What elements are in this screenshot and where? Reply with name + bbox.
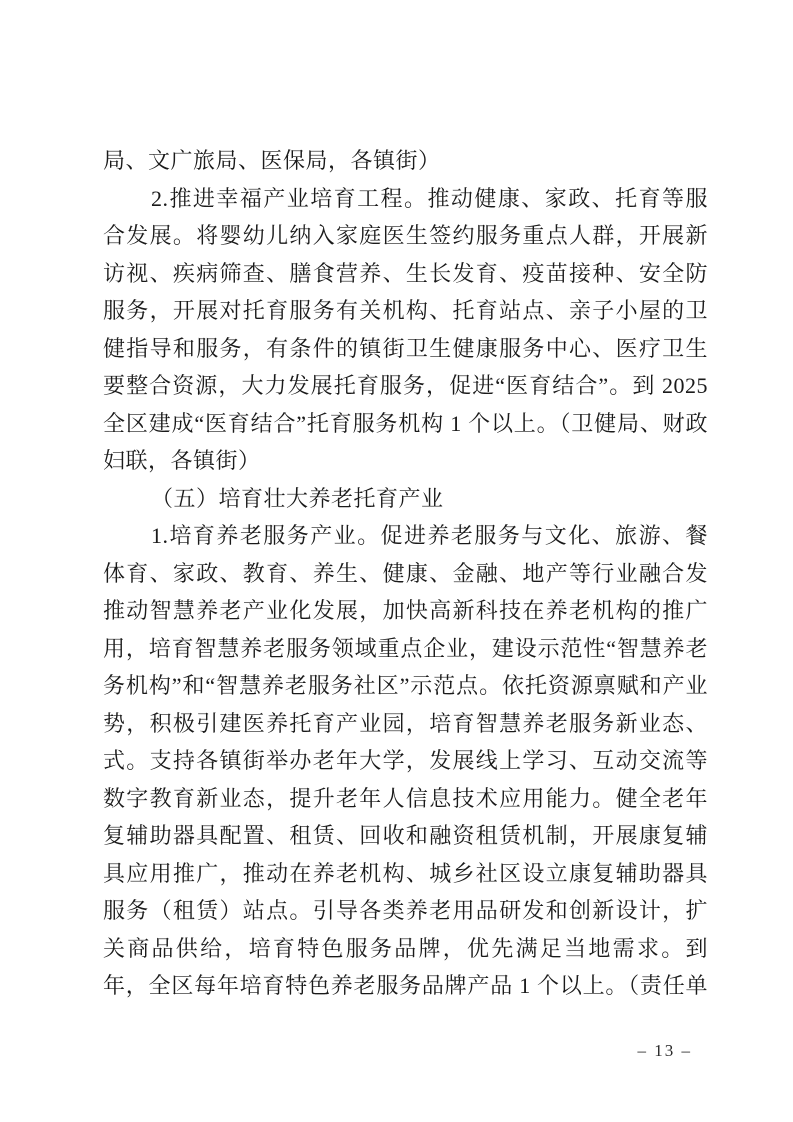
page-number: – 13 – — [638, 1040, 693, 1062]
document-page: 局、文广旅局、医保局，各镇街） 2.推进幸福产业培育工程。推动健康、家政、托育等… — [0, 0, 793, 1122]
text-line: 妇联，各镇街） — [103, 442, 708, 480]
text-line: 年，全区每年培育特色养老服务品牌产品 1 个以上。（责任单位： — [103, 967, 708, 1005]
text-line: 全区建成“医育结合”托育服务机构 1 个以上。（卫健局、财政局、 — [103, 405, 708, 443]
text-line: 务机构”和“智慧养老服务社区”示范点。依托资源禀赋和产业优 — [103, 667, 708, 705]
text-line: 2.推进幸福产业培育工程。推动健康、家政、托育等服务融 — [103, 180, 708, 218]
text-line: 服务（租赁）站点。引导各类养老用品研发和创新设计，扩大相 — [103, 892, 708, 930]
text-line: 用，培育智慧养老服务领域重点企业，建设示范性“智慧养老服 — [103, 630, 708, 668]
text-line: 健指导和服务，有条件的镇街卫生健康服务中心、医疗卫生机构 — [103, 330, 708, 368]
text-line: 服务，开展对托育服务有关机构、托育站点、亲子小屋的卫生保 — [103, 292, 708, 330]
document-body: 局、文广旅局、医保局，各镇街） 2.推进幸福产业培育工程。推动健康、家政、托育等… — [103, 142, 708, 1005]
text-line: 复辅助器具配置、租赁、回收和融资租赁机制，开展康复辅助器 — [103, 817, 708, 855]
text-line: 势，积极引建医养托育产业园，培育智慧养老服务新业态、新模 — [103, 705, 708, 743]
text-line: 要整合资源，大力发展托育服务，促进“医育结合”。到 2025 年， — [103, 367, 708, 405]
text-line: 局、文广旅局、医保局，各镇街） — [103, 142, 708, 180]
text-line: 式。支持各镇街举办老年大学，发展线上学习、互动交流等老年 — [103, 742, 708, 780]
text-line: 1.培育养老服务产业。促进养老服务与文化、旅游、餐饮、 — [103, 517, 708, 555]
text-line: 具应用推广，推动在养老机构、城乡社区设立康复辅助器具配置 — [103, 855, 708, 893]
text-line: 合发展。将婴幼儿纳入家庭医生签约服务重点人群，开展新生儿 — [103, 217, 708, 255]
text-line: 数字教育新业态，提升老年人信息技术应用能力。健全老年人康 — [103, 780, 708, 818]
text-line: 关商品供给，培育特色服务品牌，优先满足当地需求。到 2025 — [103, 930, 708, 968]
text-line: 访视、疾病筛查、膳食营养、生长发育、疫苗接种、安全防范等 — [103, 255, 708, 293]
text-line: 体育、家政、教育、养生、健康、金融、地产等行业融合发展。 — [103, 555, 708, 593]
text-line: 推动智慧养老产业化发展，加快高新科技在养老机构的推广应 — [103, 592, 708, 630]
section-heading: （五）培育壮大养老托育产业 — [103, 480, 708, 518]
